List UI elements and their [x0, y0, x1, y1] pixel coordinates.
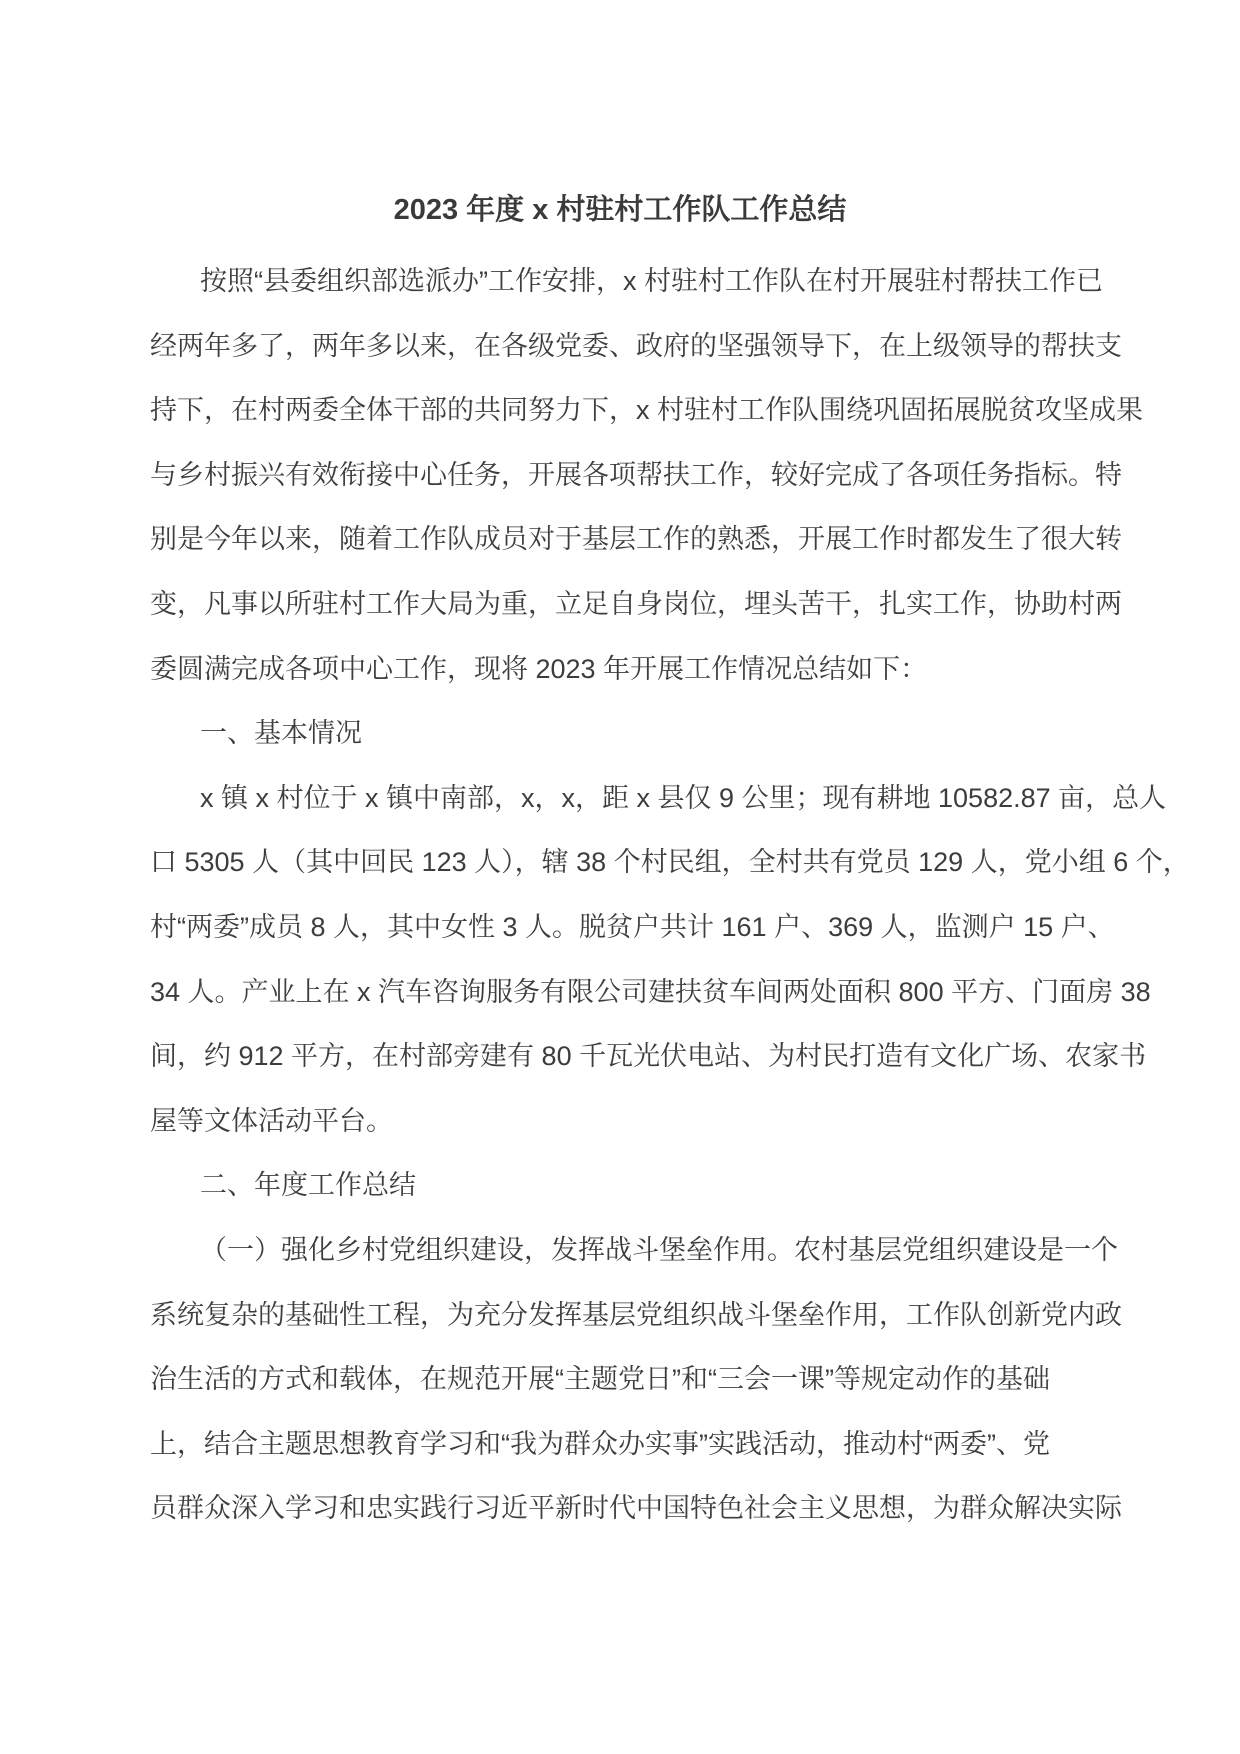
text-line: 员群众深入学习和忠实践行习近平新时代中国特色社会主义思想，为群众解决实际 [150, 1476, 1240, 1541]
text-line: 持下，在村两委全体干部的共同努力下，x 村驻村工作队围绕巩固拓展脱贫攻坚成果 [150, 378, 1240, 443]
text-line: 经两年多了，两年多以来，在各级党委、政府的坚强领导下，在上级领导的帮扶支 [150, 314, 1240, 379]
text-line: （一）强化乡村党组织建设，发挥战斗堡垒作用。农村基层党组织建设是一个 [150, 1218, 1240, 1283]
text-line: 口 5305 人（其中回民 123 人），辖 38 个村民组，全村共有党员 12… [150, 830, 1240, 895]
text-line: 一、基本情况 [150, 701, 1240, 766]
text-line: 屋等文体活动平台。 [150, 1089, 1240, 1154]
document-title: 2023 年度 x 村驻村工作队工作总结 [0, 191, 1240, 229]
text-line: 二、年度工作总结 [150, 1153, 1240, 1218]
text-line: 别是今年以来，随着工作队成员对于基层工作的熟悉，开展工作时都发生了很大转 [150, 507, 1240, 572]
document-body: 按照“县委组织部选派办”工作安排，x 村驻村工作队在村开展驻村帮扶工作已经两年多… [150, 249, 1240, 1541]
text-line: 治生活的方式和载体，在规范开展“主题党日”和“三会一课”等规定动作的基础 [150, 1347, 1240, 1412]
text-line: 间，约 912 平方，在村部旁建有 80 千瓦光伏电站、为村民打造有文化广场、农… [150, 1024, 1240, 1089]
text-line: 上，结合主题思想教育学习和“我为群众办实事”实践活动，推动村“两委”、党 [150, 1412, 1240, 1477]
section-heading: 一、基本情况 [150, 701, 1240, 766]
paragraph: x 镇 x 村位于 x 镇中南部，x，x，距 x 县仅 9 公里；现有耕地 10… [150, 766, 1240, 1154]
text-line: 系统复杂的基础性工程，为充分发挥基层党组织战斗堡垒作用，工作队创新党内政 [150, 1283, 1240, 1348]
text-line: x 镇 x 村位于 x 镇中南部，x，x，距 x 县仅 9 公里；现有耕地 10… [150, 766, 1240, 831]
text-line: 村“两委”成员 8 人，其中女性 3 人。脱贫户共计 161 户、369 人，监… [150, 895, 1240, 960]
text-line: 委圆满完成各项中心工作，现将 2023 年开展工作情况总结如下： [150, 637, 1240, 702]
paragraph: （一）强化乡村党组织建设，发挥战斗堡垒作用。农村基层党组织建设是一个系统复杂的基… [150, 1218, 1240, 1541]
text-line: 34 人。产业上在 x 汽车咨询服务有限公司建扶贫车间两处面积 800 平方、门… [150, 960, 1240, 1025]
section-heading: 二、年度工作总结 [150, 1153, 1240, 1218]
text-line: 与乡村振兴有效衔接中心任务，开展各项帮扶工作，较好完成了各项任务指标。特 [150, 443, 1240, 508]
text-line: 按照“县委组织部选派办”工作安排，x 村驻村工作队在村开展驻村帮扶工作已 [150, 249, 1240, 314]
text-line: 变，凡事以所驻村工作大局为重，立足自身岗位，埋头苦干，扎实工作，协助村两 [150, 572, 1240, 637]
paragraph: 按照“县委组织部选派办”工作安排，x 村驻村工作队在村开展驻村帮扶工作已经两年多… [150, 249, 1240, 701]
document-page: 2023 年度 x 村驻村工作队工作总结 按照“县委组织部选派办”工作安排，x … [0, 0, 1240, 1754]
